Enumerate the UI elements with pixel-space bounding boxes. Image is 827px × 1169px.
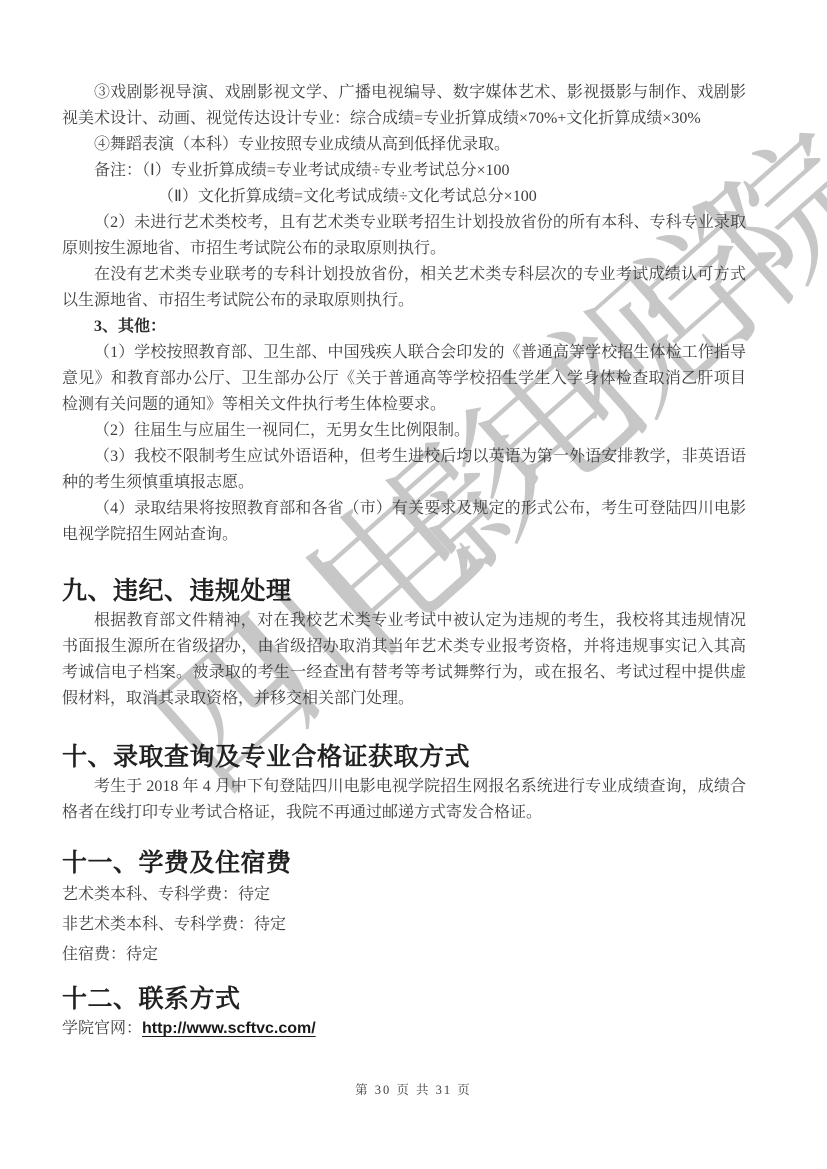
- website-link[interactable]: http://www.scftvc.com/: [142, 1020, 316, 1037]
- document-content: ③戏剧影视导演、戏剧影视文学、广播电视编导、数字媒体艺术、影视摄影与制作、戏剧影…: [0, 0, 827, 1042]
- section-heading-violations: 九、违纪、违规处理: [62, 574, 746, 608]
- section-heading-tuition: 十一、学费及住宿费: [62, 846, 746, 880]
- website-label: 学院官网：: [62, 1020, 142, 1037]
- paragraph-violations-body: 根据教育部文件精神，对在我校艺术类专业考试中被认定为违规的考生，我校将其违规情况…: [62, 608, 746, 712]
- paragraph-rule-item3: ③戏剧影视导演、戏剧影视文学、广播电视编导、数字媒体艺术、影视摄影与制作、戏剧影…: [62, 80, 746, 132]
- section-heading-result-query: 十、录取查询及专业合格证获取方式: [62, 740, 746, 774]
- fee-line-accommodation: 住宿费：待定: [62, 940, 746, 970]
- page-number-footer: 第 30 页 共 31 页: [0, 1080, 827, 1098]
- paragraph-no-school-exam: （2）未进行艺术类校考，且有艺术类专业联考招生计划投放省份的所有本科、专科专业录…: [62, 210, 746, 262]
- tuition-fee-list: 艺术类本科、专科学费：待定 非艺术类本科、专科学费：待定 住宿费：待定: [62, 880, 746, 970]
- paragraph-rule-item4: ④舞蹈表演（本科）专业按照专业成绩从高到低择优录取。: [62, 132, 746, 158]
- contact-website-line: 学院官网：http://www.scftvc.com/: [62, 1016, 746, 1042]
- paragraph-note-1: 备注：（Ⅰ）专业折算成绩=专业考试成绩÷专业考试总分×100: [62, 158, 746, 184]
- document-page: 四川电影电视学院 ③戏剧影视导演、戏剧影视文学、广播电视编导、数字媒体艺术、影视…: [0, 0, 827, 1169]
- paragraph-no-joint-exam: 在没有艺术类专业联考的专科计划投放省份，相关艺术类专科层次的专业考试成绩认可方式…: [62, 262, 746, 314]
- paragraph-other-2: （2）往届生与应届生一视同仁，无男女生比例限制。: [62, 418, 746, 444]
- paragraph-result-query-body: 考生于 2018 年 4 月中下旬登陆四川电影电视学院招生网报名系统进行专业成绩…: [62, 774, 746, 826]
- paragraph-other-1: （1）学校按照教育部、卫生部、中国残疾人联合会印发的《普通高等学校招生体检工作指…: [62, 340, 746, 418]
- paragraph-note-2: （Ⅱ）文化折算成绩=文化考试成绩÷文化考试总分×100: [62, 184, 746, 210]
- paragraph-other-3: （3）我校不限制考生应试外语语种，但考生进校后均以英语为第一外语安排教学，非英语…: [62, 444, 746, 496]
- fee-line-nonart-tuition: 非艺术类本科、专科学费：待定: [62, 910, 746, 940]
- paragraph-other-4: （4）录取结果将按照教育部和各省（市）有关要求及规定的形式公布，考生可登陆四川电…: [62, 496, 746, 548]
- section-heading-contact: 十二、联系方式: [62, 982, 746, 1016]
- fee-line-art-tuition: 艺术类本科、专科学费：待定: [62, 880, 746, 910]
- subheading-other: 3、其他：: [62, 314, 746, 340]
